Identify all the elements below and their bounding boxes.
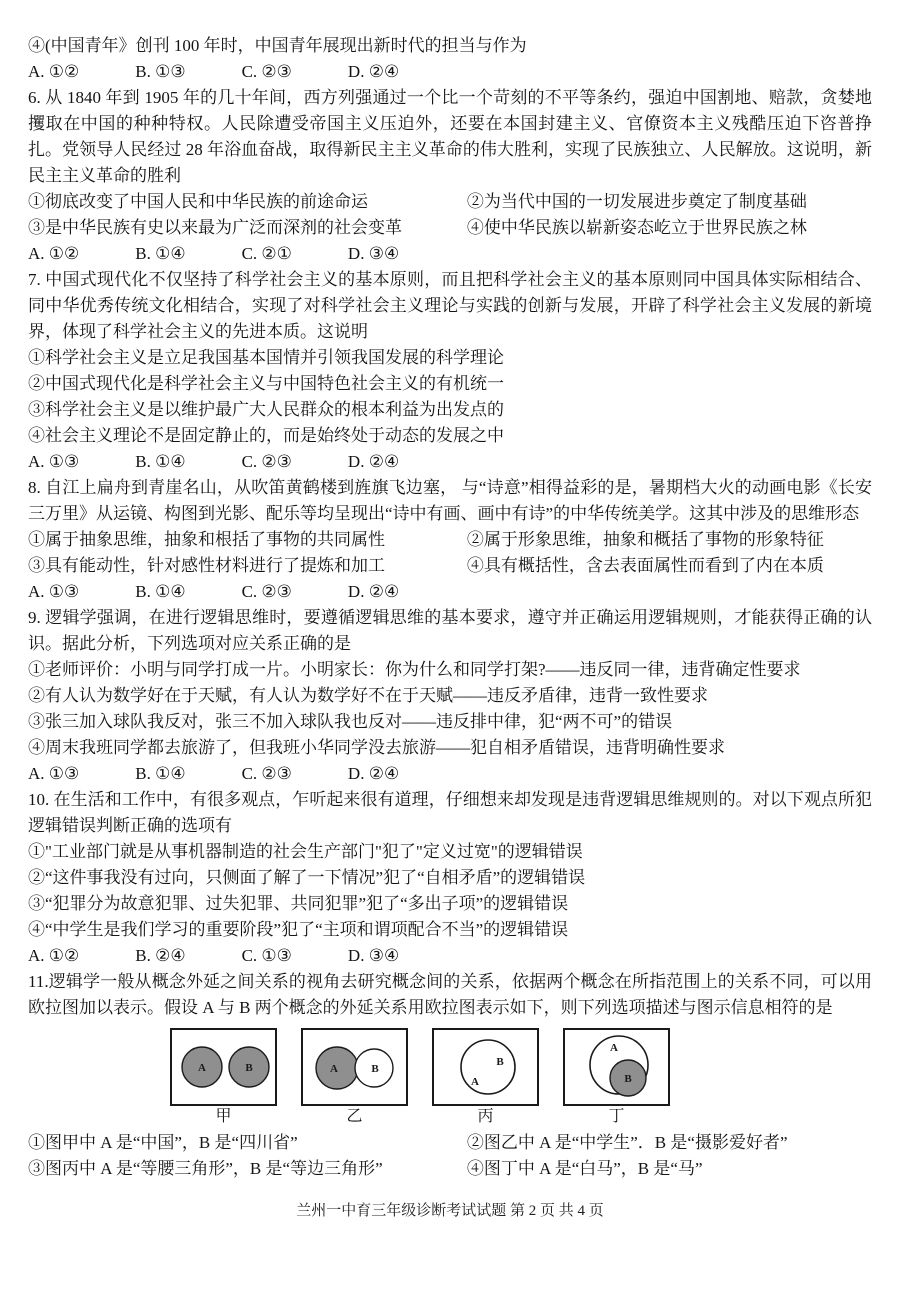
page-footer: 兰州一中育三年级诊断考试试题 第 2 页 共 4 页	[28, 1198, 872, 1224]
set-label-a: A	[198, 1062, 206, 1074]
question-10-line: ②“这件事我没有过向，只侧面了解了一下情况”犯了“自相矛盾”的逻辑错误	[28, 865, 872, 891]
set-label-b: B	[371, 1063, 379, 1075]
choice-D: D. ②④	[348, 449, 399, 475]
question-5cont: ④(中国青年》创刊 100 年时，中国青年展现出新时代的担当与作为A. ①②B.…	[28, 33, 872, 85]
question-8: 8. 自江上扁舟到青崖名山，从吹笛黄鹤楼到旌旗飞边塞， 与“诗意”相得益彩的是，…	[28, 475, 872, 605]
choice-C: C. ②③	[242, 761, 292, 787]
question-11-line: 11.逻辑学一般从概念外延之间关系的视角去研究概念间的关系，依据两个概念在所指范…	[28, 969, 872, 1021]
question-9-line: ④周末我班同学都去旅游了，但我班小华同学没去旅游——犯自相矛盾错误，违背明确性要…	[28, 735, 872, 761]
option-statement: ②图乙中 A 是“中学生”．B 是“摄影爱好者”	[467, 1130, 872, 1156]
question-9-line: ②有人认为数学好在于天赋，有人认为数学好不在于天赋——违反矛盾律，违背一致性要求	[28, 683, 872, 709]
euler-diagram-yi: AB乙	[301, 1028, 408, 1127]
question-10-line: ④“中学生是我们学习的重要阶段”犯了“主项和谓项配合不当”的逻辑错误	[28, 917, 872, 943]
option-statement: ③具有能动性，针对感性材料进行了提炼和加工	[28, 553, 467, 579]
choice-D: D. ②④	[348, 761, 399, 787]
option-statement: ④图丁中 A 是“白马”，B 是“马”	[467, 1156, 872, 1182]
choice-B: B. ①④	[135, 761, 185, 787]
option-statement: ①彻底改变了中国人民和中华民族的前途命运	[28, 189, 467, 215]
diagram-frame: AB	[432, 1028, 539, 1106]
question-11-option-row: ①图甲中 A 是“中国”，B 是“四川省”②图乙中 A 是“中学生”．B 是“摄…	[28, 1130, 872, 1156]
euler-diagram-svg: AB	[565, 1029, 668, 1105]
choice-A: A. ①②	[28, 943, 79, 969]
option-statement: ①图甲中 A 是“中国”，B 是“四川省”	[28, 1130, 467, 1156]
question-6-option-row: ③是中华民族有史以来最为广泛而深剂的社会变革④使中华民族以崭新姿态屹立于世界民族…	[28, 215, 872, 241]
choice-C: C. ②③	[242, 59, 292, 85]
question-5cont-line: ④(中国青年》创刊 100 年时，中国青年展现出新时代的担当与作为	[28, 33, 872, 59]
choice-A: A. ①③	[28, 579, 79, 605]
euler-diagram-jia: AB甲	[170, 1028, 277, 1127]
choice-B: B. ①④	[135, 579, 185, 605]
euler-diagram-ding: AB丁	[563, 1028, 670, 1127]
question-7-line: ④社会主义理论不是固定静止的，而是始终处于动态的发展之中	[28, 423, 872, 449]
euler-diagram-svg: AB	[303, 1029, 406, 1105]
question-11: 11.逻辑学一般从概念外延之间关系的视角去研究概念间的关系，依据两个概念在所指范…	[28, 969, 872, 1182]
exam-paper-page: ④(中国青年》创刊 100 年时，中国青年展现出新时代的担当与作为A. ①②B.…	[0, 0, 900, 1301]
question-9: 9. 逻辑学强调，在进行逻辑思维时，要遵循逻辑思维的基本要求，遵守并正确运用逻辑…	[28, 605, 872, 787]
diagram-frame: AB	[563, 1028, 670, 1106]
question-8-option-row: ③具有能动性，针对感性材料进行了提炼和加工④具有概括性，含去表面属性而看到了内在…	[28, 553, 872, 579]
choice-D: D. ②④	[348, 579, 399, 605]
option-statement: ②为当代中国的一切发展进步奠定了制度基础	[467, 189, 872, 215]
question-6-option-row: ①彻底改变了中国人民和中华民族的前途命运②为当代中国的一切发展进步奠定了制度基础	[28, 189, 872, 215]
option-statement: ④使中华民族以崭新姿态屹立于世界民族之林	[467, 215, 872, 241]
question-10-line: 10. 在生活和工作中，有很多观点，乍听起来很有道理，仔细想来却发现是违背逻辑思…	[28, 787, 872, 839]
question-6-choices: A. ①②B. ①④C. ②①D. ③④	[28, 241, 872, 267]
diagram-caption: 甲	[215, 1107, 231, 1127]
choice-A: A. ①③	[28, 761, 79, 787]
question-7-choices: A. ①③B. ①④C. ②③D. ②④	[28, 449, 872, 475]
question-7: 7. 中国式现代化不仅坚持了科学社会主义的基本原则，而且把科学社会主义的基本原则…	[28, 267, 872, 475]
choice-B: B. ②④	[135, 943, 185, 969]
set-label-b: B	[245, 1062, 253, 1074]
diagram-caption: 乙	[346, 1107, 362, 1127]
euler-diagram-svg: AB	[172, 1029, 275, 1105]
question-11-option-row: ③图丙中 A 是“等腰三角形”，B 是“等边三角形”④图丁中 A 是“白马”，B…	[28, 1156, 872, 1182]
choice-C: C. ②①	[242, 241, 292, 267]
question-9-line: ①老师评价：小明与同学打成一片。小明家长：你为什么和同学打架?——违反同一律，违…	[28, 657, 872, 683]
euler-diagrams: AB甲AB乙AB丙AB丁	[28, 1028, 812, 1127]
option-statement: ②属于形象思维，抽象和概括了事物的形象特征	[467, 527, 872, 553]
question-7-line: ①科学社会主义是立足我国基本国情并引领我国发展的科学理论	[28, 345, 872, 371]
option-statement: ③是中华民族有史以来最为广泛而深剂的社会变革	[28, 215, 467, 241]
question-10-line: ③“犯罪分为故意犯罪、过失犯罪、共同犯罪”犯了“多出子项”的逻辑错误	[28, 891, 872, 917]
choice-A: A. ①③	[28, 449, 79, 475]
question-10-choices: A. ①②B. ②④C. ①③D. ③④	[28, 943, 872, 969]
question-9-choices: A. ①③B. ①④C. ②③D. ②④	[28, 761, 872, 787]
option-statement: ④具有概括性，含去表面属性而看到了内在本质	[467, 553, 872, 579]
choice-D: D. ②④	[348, 59, 399, 85]
question-7-line: 7. 中国式现代化不仅坚持了科学社会主义的基本原则，而且把科学社会主义的基本原则…	[28, 267, 872, 345]
choice-B: B. ①④	[135, 241, 185, 267]
question-8-option-row: ①属于抽象思维，抽象和根括了事物的共同属性②属于形象思维，抽象和概括了事物的形象…	[28, 527, 872, 553]
choice-A: A. ①②	[28, 241, 79, 267]
euler-diagram-svg: AB	[434, 1029, 537, 1105]
diagram-caption: 丙	[477, 1107, 493, 1127]
question-8-line: 8. 自江上扁舟到青崖名山，从吹笛黄鹤楼到旌旗飞边塞， 与“诗意”相得益彩的是，…	[28, 475, 872, 527]
question-10: 10. 在生活和工作中，有很多观点，乍听起来很有道理，仔细想来却发现是违背逻辑思…	[28, 787, 872, 969]
choice-C: C. ②③	[242, 449, 292, 475]
set-label-b: B	[496, 1056, 504, 1068]
choice-D: D. ③④	[348, 943, 399, 969]
euler-diagram-bing: AB丙	[432, 1028, 539, 1127]
question-6: 6. 从 1840 年到 1905 年的几十年间，西方列强通过一个比一个苛刻的不…	[28, 85, 872, 267]
set-label-a: A	[330, 1063, 338, 1075]
question-8-choices: A. ①③B. ①④C. ②③D. ②④	[28, 579, 872, 605]
set-label-a: A	[610, 1042, 618, 1054]
option-statement: ①属于抽象思维，抽象和根括了事物的共同属性	[28, 527, 467, 553]
choice-A: A. ①②	[28, 59, 79, 85]
diagram-frame: AB	[170, 1028, 277, 1106]
choice-D: D. ③④	[348, 241, 399, 267]
question-9-line: ③张三加入球队我反对，张三不加入球队我也反对——违反排中律，犯“两不可”的错误	[28, 709, 872, 735]
question-9-line: 9. 逻辑学强调，在进行逻辑思维时，要遵循逻辑思维的基本要求，遵守并正确运用逻辑…	[28, 605, 872, 657]
question-7-line: ②中国式现代化是科学社会主义与中国特色社会主义的有机统一	[28, 371, 872, 397]
set-label-b: B	[624, 1073, 632, 1085]
question-5cont-choices: A. ①②B. ①③C. ②③D. ②④	[28, 59, 872, 85]
choice-C: C. ①③	[242, 943, 292, 969]
choice-B: B. ①④	[135, 449, 185, 475]
question-6-line: 6. 从 1840 年到 1905 年的几十年间，西方列强通过一个比一个苛刻的不…	[28, 85, 872, 189]
set-label-a: A	[471, 1076, 479, 1088]
question-10-line: ①"工业部门就是从事机器制造的社会生产部门"犯了"定义过宽"的逻辑错误	[28, 839, 872, 865]
option-statement: ③图丙中 A 是“等腰三角形”，B 是“等边三角形”	[28, 1156, 467, 1182]
diagram-caption: 丁	[608, 1107, 624, 1127]
question-7-line: ③科学社会主义是以维护最广大人民群众的根本利益为出发点的	[28, 397, 872, 423]
choice-C: C. ②③	[242, 579, 292, 605]
questions-container: ④(中国青年》创刊 100 年时，中国青年展现出新时代的担当与作为A. ①②B.…	[28, 33, 872, 1182]
diagram-frame: AB	[301, 1028, 408, 1106]
choice-B: B. ①③	[135, 59, 185, 85]
